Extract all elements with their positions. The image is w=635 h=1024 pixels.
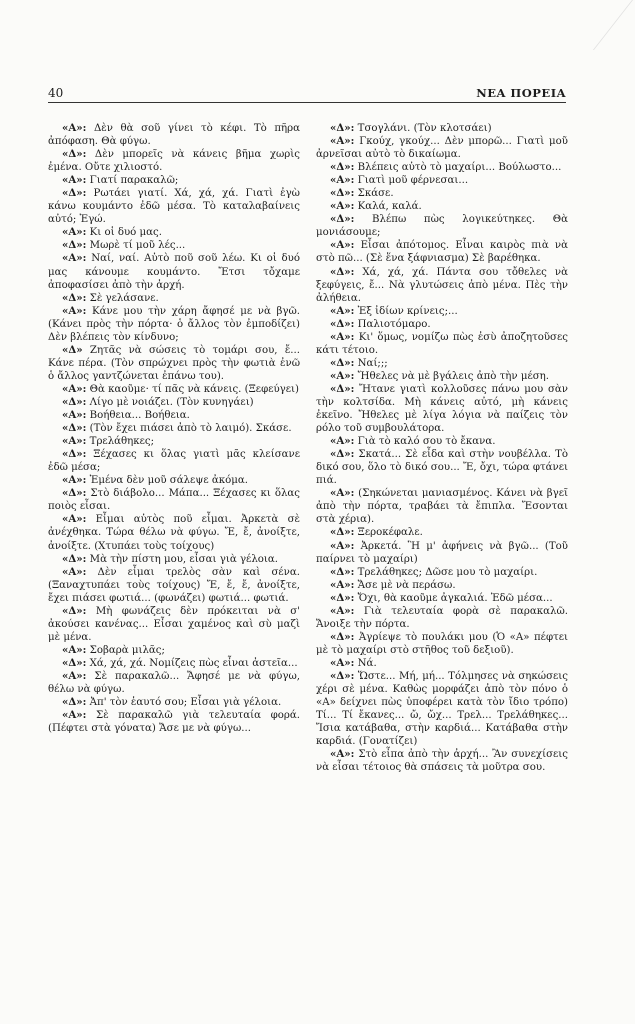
dialogue-paragraph: «Δ»: Μωρὲ τί μοῦ λές... [48,239,300,252]
speaker-label: «Δ»: [62,448,86,460]
speaker-label: «Α»: [62,122,86,134]
dialogue-text: Μὴ φωνάζεις δὲν πρόκειται νὰ σ' ἀκούσει … [48,606,300,643]
dialogue-text: Ξεροκέφαλε. [354,527,422,538]
running-title: ΝΕΑ ΠΟΡΕΙΑ [476,86,566,100]
speaker-label: «Α»: [330,200,354,212]
speaker-label: «Δ»: [330,670,354,682]
dialogue-paragraph: «Α»: Ἀρκετά. Ἢ μ' ἀφήνεις νὰ βγῶ... (Τοῦ… [316,540,568,566]
dialogue-paragraph: «Δ»: Ξεροκέφαλε. [316,526,568,539]
dialogue-text: Γιὰ τὸ καλό σου τὸ ἔκανα. [354,436,495,447]
dialogue-paragraph: «Α»: Γκούχ, γκούχ... Δὲν μπορῶ... Γιατὶ … [316,135,568,161]
speaker-label: «Α»: [62,644,86,656]
speaker-label: «Α»: [62,474,86,486]
speaker-label: «Α»: [62,513,86,525]
dialogue-text: Θὰ καοῦμε· τί πᾶς νὰ κάνεις. (Ξεφεύγει) [86,384,299,395]
dialogue-text: Μὰ τὴν πίστη μου, εἶσαι γιὰ γέλοια. [86,554,278,565]
speaker-label: «Δ»: [62,396,86,408]
dialogue-paragraph: «Α»: Κι οἱ δυό μας. [48,226,300,239]
dialogue-text: Ἀπ' τὸν ἑαυτό σου; Εἶσαι γιὰ γέλοια. [86,697,281,708]
dialogue-text: Βλέπεις αὐτὸ τὸ μαχαίρι... Βούλωστο... [354,162,561,173]
dialogue-paragraph: «Α»: Σοβαρὰ μιλᾶς; [48,644,300,657]
dialogue-text: Ὥστε... Μή, μή... Τόλμησες νὰ σηκώσεις χ… [316,671,568,747]
dialogue-paragraph: «Α»: Εἶσαι ἀπότομος. Εἶναι καιρὸς πιὰ νὰ… [316,239,568,265]
speaker-label: «Α»: [62,435,86,447]
speaker-label: «Α»: [62,383,86,395]
dialogue-text: Ἤτανε γιατὶ κολλοῦσες πάνω μου σὰν τὴν κ… [316,384,568,434]
dialogue-paragraph: «Δ»: Χά, χά, χά. Νομίζεις πὼς εἶναι ἀστε… [48,657,300,670]
dialogue-paragraph: «Δ»: Ρωτάει γιατί. Χά, χά, χά. Γιατὶ ἐγὼ… [48,187,300,226]
dialogue-text: (Τὸν ἔχει πιάσει ἀπὸ τὸ λαιμό). Σκάσε. [86,423,291,434]
dialogue-paragraph: «Δ»: Δὲν μπορεῖς νὰ κάνεις βῆμα χωρὶς ἐμ… [48,148,300,174]
speaker-label: «Δ»: [62,239,86,251]
dialogue-text: Λίγο μὲ νοιάζει. (Τὸν κυνηγάει) [86,397,253,408]
dialogue-paragraph: «Δ»: Λίγο μὲ νοιάζει. (Τὸν κυνηγάει) [48,396,300,409]
dialogue-paragraph: «Δ»: Μὰ τὴν πίστη μου, εἶσαι γιὰ γέλοια. [48,553,300,566]
dialogue-paragraph: «Α»: Τρελάθηκες; [48,435,300,448]
dialogue-paragraph: «Α»: Γιὰ τὸ καλό σου τὸ ἔκανα. [316,435,568,448]
dialogue-text: Ρωτάει γιατί. Χά, χά, χά. Γιατὶ ἐγὼ κάνω… [48,188,300,225]
dialogue-text: Ἤθελες νὰ μὲ βγάλεις ἀπὸ τὴν μέση. [354,371,549,382]
dialogue-text: Δὲν μπορεῖς νὰ κάνεις βῆμα χωρὶς ἐμένα. … [48,149,300,173]
speaker-label: «Α»: [62,409,86,421]
dialogue-text: Ἀγρίεψε τὸ πουλάκι μου (Ὁ «Α» πέφτει μὲ … [316,632,568,656]
dialogue-paragraph: «Α»: Δὲν εἶμαι τρελὸς σὰν καὶ σένα. (Ξαν… [48,566,300,605]
speaker-label: «Δ»: [330,318,354,330]
speaker-label: «Δ»: [62,187,86,199]
dialogue-text: Καλά, καλά. [354,201,421,212]
dialogue-paragraph: «Α»: Γιὰ τελευταία φορὰ σὲ παρακαλῶ. Ἄνο… [316,605,568,631]
dialogue-text: Ἐξ ἰδίων κρίνεις;... [354,306,457,317]
dialogue-text: Ναί, ναί. Αὐτὸ ποῦ σοῦ λέω. Κι οἱ δυό μα… [48,253,300,290]
dialogue-paragraph: «Δ»: Σκάσε. [316,187,568,200]
dialogue-text: Γιατί παρακαλῶ; [86,175,178,186]
speaker-label: «Α»: [330,305,354,317]
speaker-label: «Δ»: [330,448,354,460]
speaker-label: «Δ»: [62,422,86,434]
dialogue-text: Ἀρκετά. Ἢ μ' ἀφήνεις νὰ βγῶ... (Τοῦ παίρ… [316,541,568,565]
dialogue-paragraph: «Δ»: Μὴ φωνάζεις δὲν πρόκειται νὰ σ' ἀκο… [48,605,300,644]
speaker-label: «Δ»: [330,266,354,278]
page-number: 40 [48,86,63,100]
dialogue-text: Εἶσαι ἀπότομος. Εἶναι καιρὸς πιὰ νὰ στὸ … [316,240,568,264]
speaker-label: «Α»: [62,226,86,238]
dialogue-text: Ἐμένα δὲν μοῦ σάλεψε ἀκόμα. [86,475,248,486]
speaker-label: «Δ»: [62,487,86,499]
dialogue-paragraph: «Δ»: Ὥστε... Μή, μή... Τόλμησες νὰ σηκώσ… [316,670,568,748]
dialogue-paragraph: «Α»: Ναί, ναί. Αὐτὸ ποῦ σοῦ λέω. Κι οἱ δ… [48,252,300,291]
dialogue-text: Παλιοτόμαρο. [354,319,430,330]
dialogue-text: Βλέπω πὼς λογικεύτηκες. Θὰ μονιάσουμε; [316,214,568,238]
dialogue-text: Βοήθεια... Βοήθεια. [86,410,189,421]
dialogue-paragraph: «Α»: Θὰ καοῦμε· τί πᾶς νὰ κάνεις. (Ξεφεύ… [48,383,300,396]
dialogue-paragraph: «Δ»: Ἀπ' τὸν ἑαυτό σου; Εἶσαι γιὰ γέλοια… [48,696,300,709]
speaker-label: «Α»: [330,435,354,447]
dialogue-text: Σὲ παρακαλῶ... Ἄφησέ με νὰ φύγω, θέλω νὰ… [48,671,300,695]
dialogue-paragraph: «Α»: Βοήθεια... Βοήθεια. [48,409,300,422]
speaker-label: «Δ»: [62,553,86,565]
dialogue-paragraph: «Α»: Δὲν θὰ σοῦ γίνει τὸ κέφι. Τὸ πῆρα ἀ… [48,122,300,148]
speaker-label: «Δ»: [62,292,86,304]
dialogue-paragraph: «Α»: Ἄσε μὲ νὰ περάσω. [316,579,568,592]
dialogue-text: Γκούχ, γκούχ... Δὲν μπορῶ... Γιατὶ μοῦ ἀ… [316,136,568,160]
dialogue-paragraph: «Δ»: Παλιοτόμαρο. [316,318,568,331]
speaker-label: «Δ»: [330,122,354,134]
dialogue-text: Σκάσε. [354,188,393,199]
speaker-label: «Δ»: [330,383,354,395]
dialogue-text: Σοβαρὰ μιλᾶς; [86,645,165,656]
dialogue-paragraph: «Δ»: Χά, χά, χά. Πάντα σου τὄθελες νὰ ξε… [316,266,568,305]
dialogue-paragraph: «Α»: (Σηκώνεται μανιασμένος. Κάνει νὰ βγ… [316,487,568,526]
page-header: 40 ΝΕΑ ΠΟΡΕΙΑ [48,86,566,103]
dialogue-text: (Σηκώνεται μανιασμένος. Κάνει νὰ βγεῖ ἀπ… [316,488,568,525]
speaker-label: «Δ»: [62,605,86,617]
dialogue-paragraph: «Δ»: Ξέχασες κι ὅλας γιατὶ μᾶς κλείσανε … [48,448,300,474]
dialogue-paragraph: «Δ» Ζητᾶς νὰ σώσεις τὸ τομάρι σου, ἔ... … [48,344,300,383]
dialogue-text: Χά, χά, χά. Νομίζεις πὼς εἶναι ἀστεῖα... [86,658,297,669]
dialogue-paragraph: «Δ»: Σκατά... Σὲ εἶδα καὶ στὴν νουβέλλα.… [316,448,568,487]
dialogue-paragraph: «Α»: Ἐξ ἰδίων κρίνεις;... [316,305,568,318]
left-column: «Α»: Δὲν θὰ σοῦ γίνει τὸ κέφι. Τὸ πῆρα ἀ… [48,122,300,774]
dialogue-text: Χά, χά, χά. Πάντα σου τὄθελες νὰ ξεφύγει… [316,267,568,304]
dialogue-text: Σκατά... Σὲ εἶδα καὶ στὴν νουβέλλα. Τὸ δ… [316,449,568,486]
speaker-label: «Α»: [330,487,354,499]
dialogue-text: Ζητᾶς νὰ σώσεις τὸ τομάρι σου, ἔ... Κάνε… [48,345,300,382]
dialogue-paragraph: «Δ»: Ὄχι, θὰ καοῦμε ἀγκαλιά. Ἐδῶ μέσα... [316,592,568,605]
speaker-label: «Α»: [62,566,86,578]
speaker-label: «Δ»: [330,187,354,199]
dialogue-text: Γιατὶ μοῦ φέρνεσαι... [354,175,468,186]
speaker-label: «Δ»: [62,148,86,160]
dialogue-paragraph: «Α»: Νά. [316,657,568,670]
dialogue-text: Δὲν θὰ σοῦ γίνει τὸ κέφι. Τὸ πῆρα ἀπόφασ… [48,123,300,147]
dialogue-text: Νά. [354,658,376,669]
speaker-label: «Δ» [62,344,83,356]
dialogue-text: Τρελάθηκες; Δῶσε μου τὸ μαχαίρι. [354,567,537,578]
speaker-label: «Α»: [330,174,354,186]
dialogue-text: Δὲν εἶμαι τρελὸς σὰν καὶ σένα. (Ξαναχτυπ… [48,567,300,604]
speaker-label: «Δ»: [62,696,86,708]
dialogue-paragraph: «Δ»: Σὲ γελάσανε. [48,292,300,305]
right-column: «Δ»: Τσογλάνι. (Τὸν κλοτσάει)«Α»: Γκούχ,… [316,122,568,774]
dialogue-paragraph: «Δ»: Ἀγρίεψε τὸ πουλάκι μου (Ὁ «Α» πέφτε… [316,631,568,657]
dialogue-text: Στὸ διάβολο... Μάπα... Ξέχασες κι ὅλας π… [48,488,300,512]
speaker-label: «Α»: [330,370,354,382]
dialogue-text: Ξέχασες κι ὅλας γιατὶ μᾶς κλείσανε ἐδῶ μ… [48,449,300,473]
page-fold-crease [553,0,633,50]
dialogue-text: Κι οἱ δυό μας. [86,227,162,238]
speaker-label: «Α»: [330,748,354,760]
dialogue-paragraph: «Δ»: Ἤτανε γιατὶ κολλοῦσες πάνω μου σὰν … [316,383,568,435]
dialogue-paragraph: «Δ»: Βλέπω πὼς λογικεύτηκες. Θὰ μονιάσου… [316,213,568,239]
speaker-label: «Α»: [330,657,354,669]
dialogue-paragraph: «Δ»: Ναί;;; [316,357,568,370]
dialogue-paragraph: «Δ»: Τρελάθηκες; Δῶσε μου τὸ μαχαίρι. [316,566,568,579]
dialogue-text: Σὲ παρακαλῶ γιὰ τελευταία φορά. (Πέφτει … [48,710,300,734]
dialogue-paragraph: «Α»: Γιατὶ μοῦ φέρνεσαι... [316,174,568,187]
speaker-label: «Α»: [330,135,354,147]
dialogue-paragraph: «Δ»: (Τὸν ἔχει πιάσει ἀπὸ τὸ λαιμό). Σκά… [48,422,300,435]
speaker-label: «Δ»: [330,592,354,604]
speaker-label: «Δ»: [62,657,86,669]
speaker-label: «Δ»: [330,213,354,225]
speaker-label: «Α»: [330,331,354,343]
dialogue-paragraph: «Δ»: Βλέπεις αὐτὸ τὸ μαχαίρι... Βούλωστο… [316,161,568,174]
dialogue-paragraph: «Α»: Κι' ὅμως, νομίζω πὼς ἐσὺ ἀποζητοῦσε… [316,331,568,357]
speaker-label: «Δ»: [330,526,354,538]
speaker-label: «Α»: [330,540,354,552]
dialogue-text: Κάνε μου τὴν χάρη ἄφησέ με νὰ βγῶ. (Κάνε… [48,306,300,343]
speaker-label: «Α»: [330,579,354,591]
speaker-label: «Δ»: [330,631,354,643]
speaker-label: «Α»: [62,305,86,317]
speaker-label: «Α»: [62,252,86,264]
dialogue-paragraph: «Α»: Ἐμένα δὲν μοῦ σάλεψε ἀκόμα. [48,474,300,487]
text-columns: «Α»: Δὲν θὰ σοῦ γίνει τὸ κέφι. Τὸ πῆρα ἀ… [48,122,568,774]
dialogue-text: Γιὰ τελευταία φορὰ σὲ παρακαλῶ. Ἄνοιξε τ… [316,606,568,630]
speaker-label: «Α»: [62,174,86,186]
speaker-label: «Δ»: [330,161,354,173]
dialogue-paragraph: «Δ»: Στὸ διάβολο... Μάπα... Ξέχασες κι ὅ… [48,487,300,513]
speaker-label: «Α»: [330,605,354,617]
dialogue-text: Ὄχι, θὰ καοῦμε ἀγκαλιά. Ἐδῶ μέσα... [354,593,552,604]
dialogue-text: Στὸ εἶπα ἀπὸ τὴν ἀρχή... Ἂν συνεχίσεις ν… [316,749,568,773]
dialogue-paragraph: «Α»: Σὲ παρακαλῶ... Ἄφησέ με νὰ φύγω, θέ… [48,670,300,696]
dialogue-paragraph: «Α»: Σὲ παρακαλῶ γιὰ τελευταία φορά. (Πέ… [48,709,300,735]
dialogue-text: Μωρὲ τί μοῦ λές... [86,240,185,251]
dialogue-text: Εἶμαι αὐτὸς ποῦ εἶμαι. Ἀρκετὰ σὲ ἀνέχθηκ… [48,514,300,551]
dialogue-paragraph: «Α»: Ἤθελες νὰ μὲ βγάλεις ἀπὸ τὴν μέση. [316,370,568,383]
speaker-label: «Α»: [62,670,86,682]
speaker-label: «Δ»: [330,357,354,369]
dialogue-paragraph: «Α»: Κάνε μου τὴν χάρη ἄφησέ με νὰ βγῶ. … [48,305,300,344]
speaker-label: «Α»: [330,239,354,251]
dialogue-paragraph: «Α»: Στὸ εἶπα ἀπὸ τὴν ἀρχή... Ἂν συνεχίσ… [316,748,568,774]
dialogue-paragraph: «Δ»: Τσογλάνι. (Τὸν κλοτσάει) [316,122,568,135]
speaker-label: «Δ»: [330,566,354,578]
dialogue-text: Κι' ὅμως, νομίζω πὼς ἐσὺ ἀποζητοῦσες κάτ… [316,332,568,356]
dialogue-paragraph: «Α»: Εἶμαι αὐτὸς ποῦ εἶμαι. Ἀρκετὰ σὲ ἀν… [48,513,300,552]
dialogue-text: Ναί;;; [354,358,387,369]
speaker-label: «Α»: [62,709,86,721]
dialogue-text: Ἄσε μὲ νὰ περάσω. [354,580,455,591]
dialogue-text: Τρελάθηκες; [86,436,154,447]
dialogue-text: Τσογλάνι. (Τὸν κλοτσάει) [354,123,491,134]
dialogue-text: Σὲ γελάσανε. [86,293,158,304]
dialogue-paragraph: «Α»: Γιατί παρακαλῶ; [48,174,300,187]
dialogue-paragraph: «Α»: Καλά, καλά. [316,200,568,213]
